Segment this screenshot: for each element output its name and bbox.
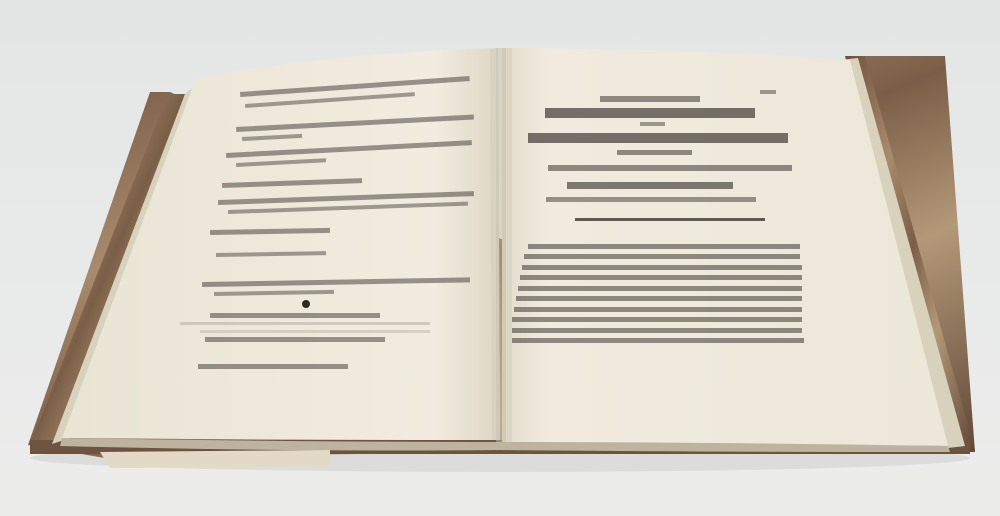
book-photo bbox=[0, 0, 1000, 516]
ink-dot bbox=[302, 300, 310, 308]
open-book-illustration bbox=[0, 0, 1000, 516]
